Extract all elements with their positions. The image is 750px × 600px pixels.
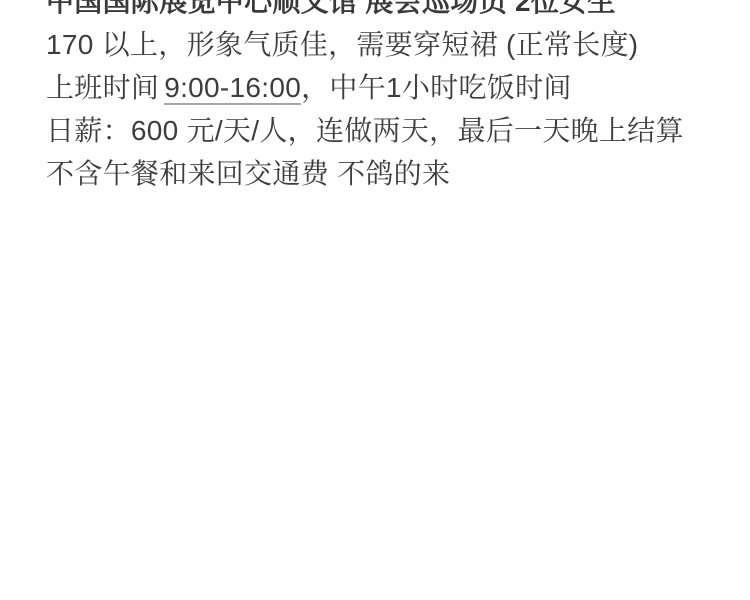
- requirements-line: 170 以上，形象气质佳，需要穿短裙 (正常长度): [46, 23, 714, 66]
- salary-line: 日薪：600 元/天/人，连做两天，最后一天晚上结算: [46, 109, 714, 152]
- schedule-label: 上班时间: [46, 72, 159, 103]
- job-post: 中国国际展览中心顺义馆 展会巡场员 2位女生 170 以上，形象气质佳，需要穿短…: [0, 0, 750, 195]
- schedule-rest: ，中午1小时吃饭时间: [301, 72, 572, 103]
- time-range-link[interactable]: 9:00-16:00: [164, 72, 301, 105]
- post-title: 中国国际展览中心顺义馆 展会巡场员 2位女生: [46, 0, 714, 23]
- notes-line: 不含午餐和来回交通费 不鸽的来: [46, 152, 714, 195]
- schedule-line: 上班时间9:00-16:00，中午1小时吃饭时间: [46, 66, 714, 109]
